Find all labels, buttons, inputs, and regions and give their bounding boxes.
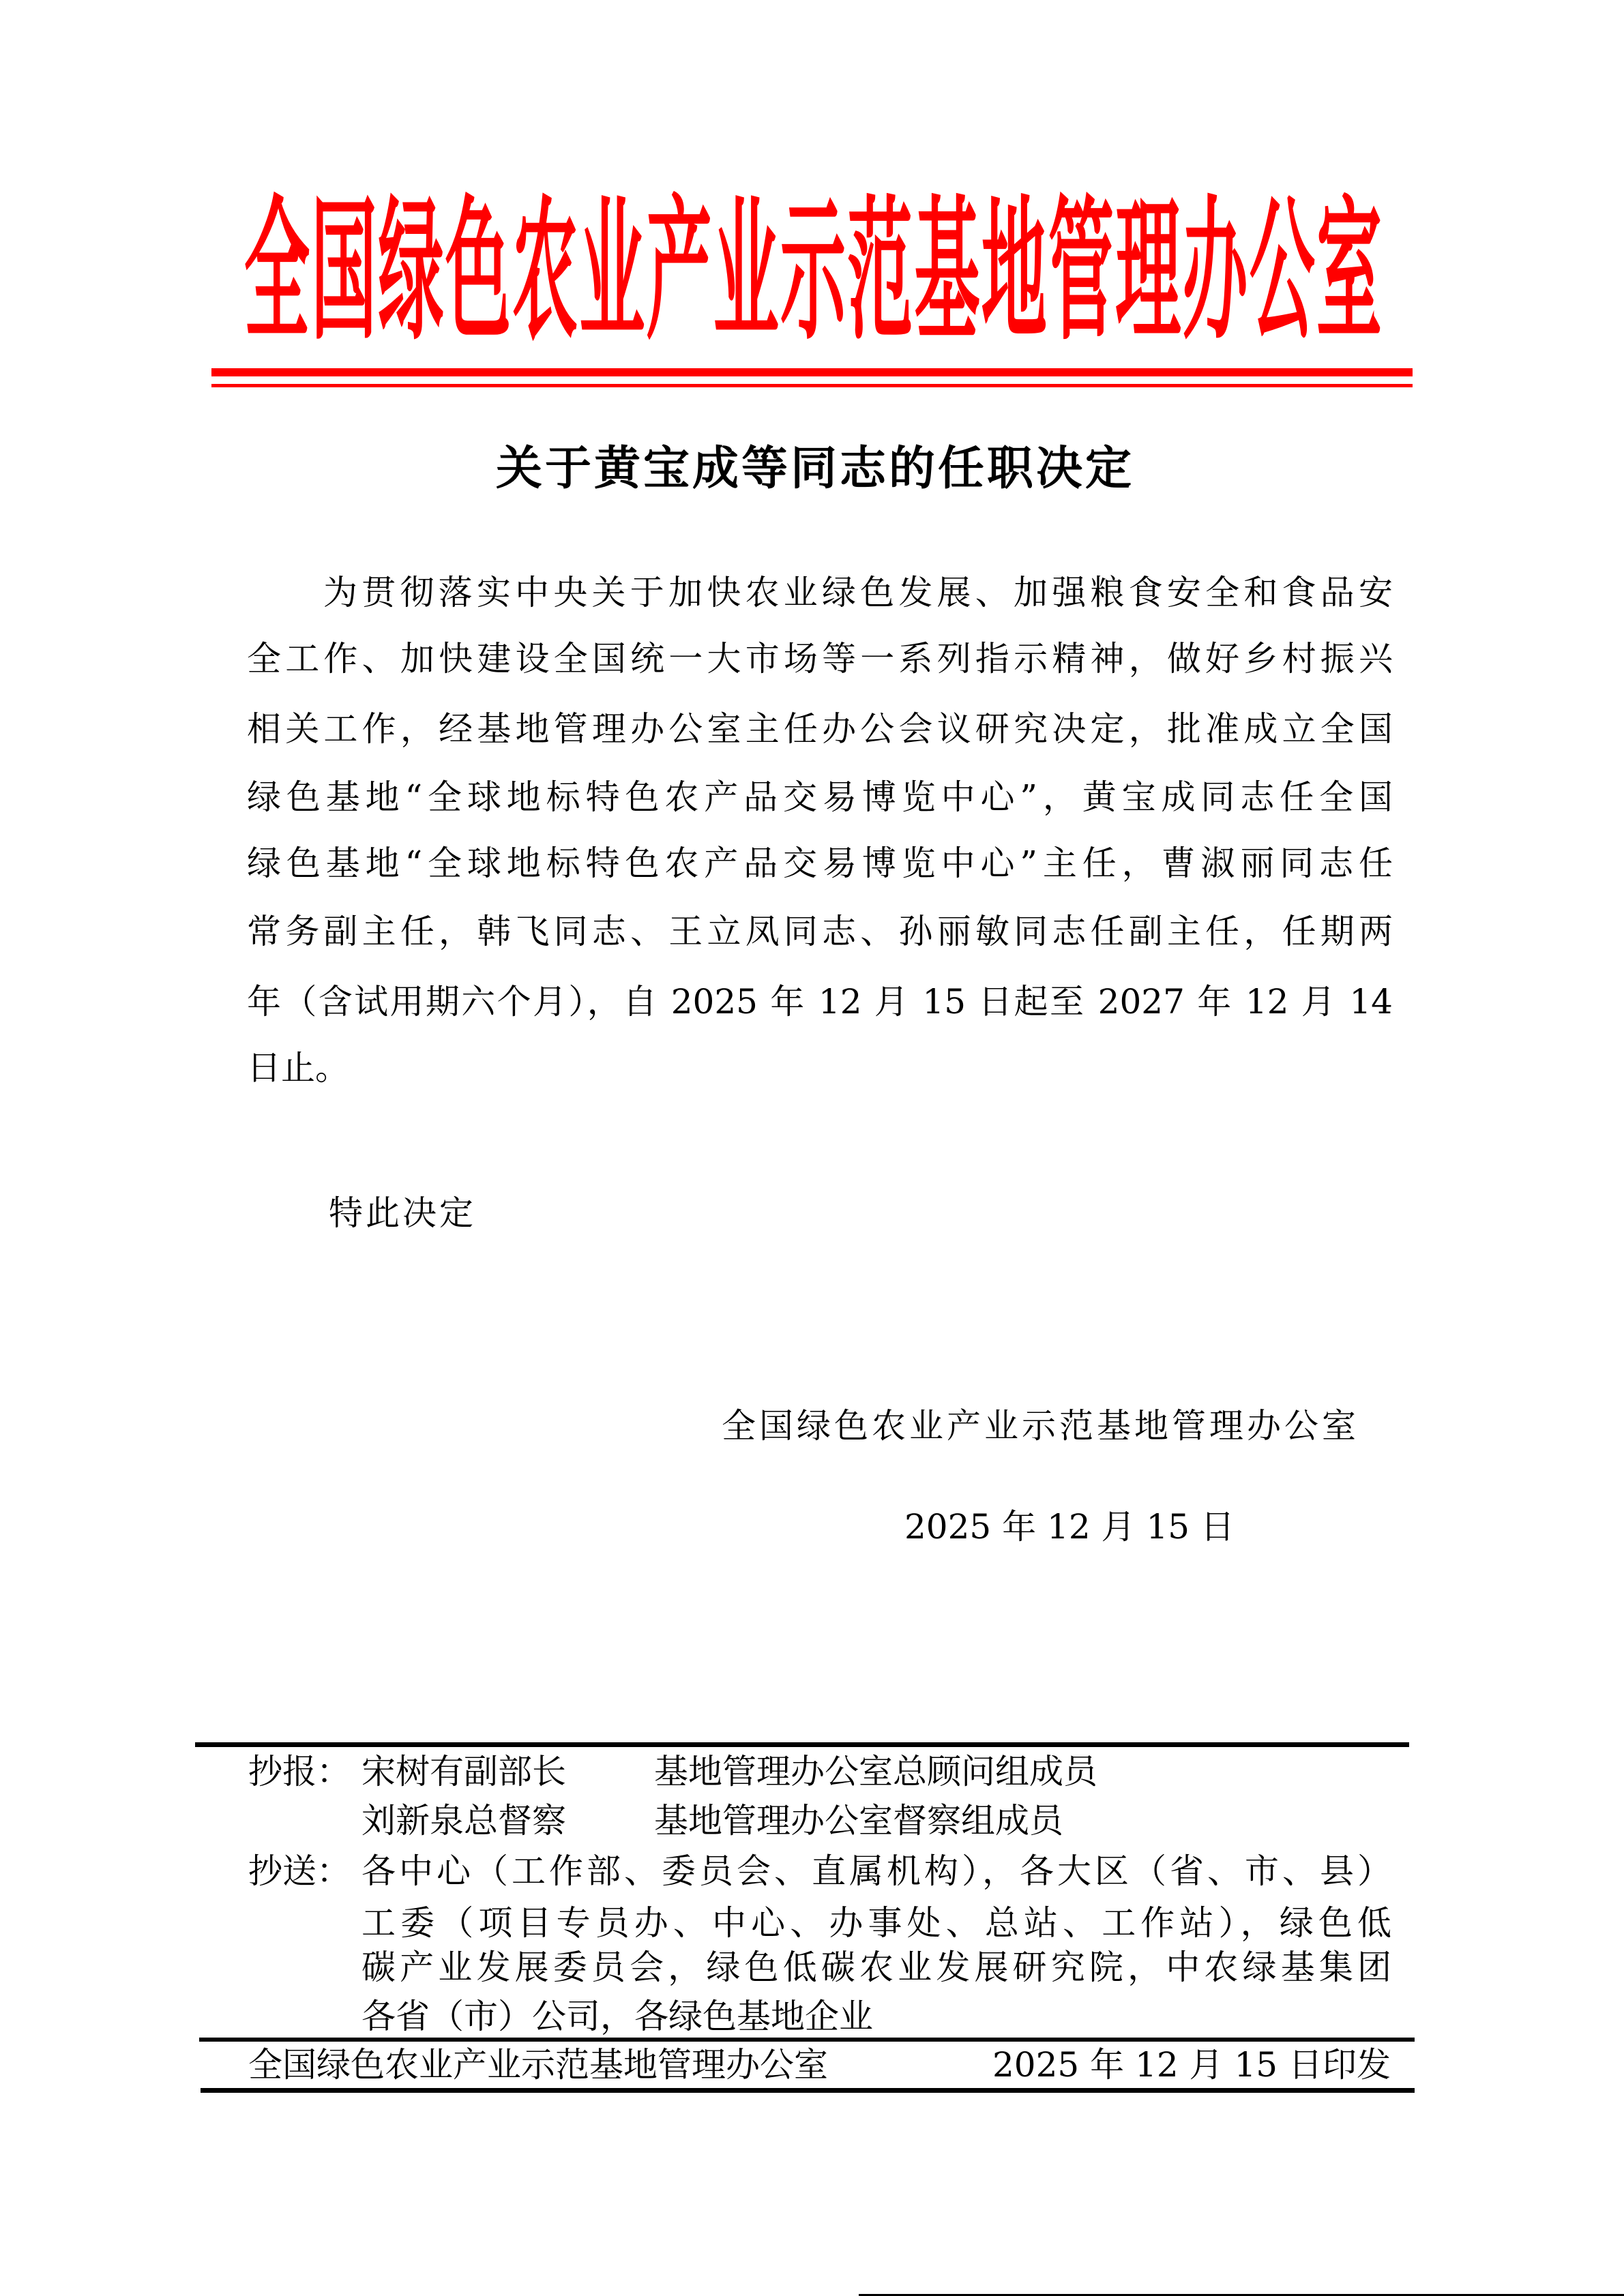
cc-send-line: 各省（市）公司，各绿色基地企业 [361, 1993, 873, 2040]
cc-report-label: 抄报： [248, 1748, 351, 1795]
letterhead-char: 国 [311, 194, 377, 348]
signature-org: 全国绿色农业产业示范基地管理办公室 [722, 1405, 1359, 1446]
letterhead-char: 全 [244, 194, 310, 348]
letterhead-char: 范 [847, 194, 913, 348]
body-line: 常务副主任，韩飞同志、王立凤同志、孙丽敏同志任副主任，任期两 [247, 897, 1393, 966]
letterhead-char: 公 [1250, 194, 1315, 348]
letterhead-thin-red-rule [211, 384, 1413, 387]
body-line: 相关工作，经基地管理办公室主任办公会议研究决定，批准成立全国 [247, 695, 1393, 763]
document-page: 全 国 绿 色 农 业 产 业 示 范 基 地 管 理 办 公 室 关于黄宝成等… [0, 0, 1624, 2296]
letterhead-char: 管 [1048, 194, 1114, 348]
letterhead-char: 理 [1115, 194, 1181, 348]
letterhead-char: 室 [1316, 194, 1382, 348]
letterhead-char: 办 [1183, 194, 1248, 348]
cc-report-role: 基地管理办公室总顾问组成员 [654, 1748, 1097, 1795]
body-line: 日止。 [247, 1034, 1393, 1102]
distribution-bottom-rule [201, 2088, 1415, 2093]
letterhead-char: 产 [647, 194, 712, 348]
letterhead-thick-red-rule [211, 368, 1413, 376]
document-title: 关于黄宝成等同志的任职决定 [491, 440, 1139, 497]
letterhead-char: 地 [981, 194, 1047, 348]
cc-send-label: 抄送： [248, 1847, 351, 1895]
letterhead-char: 绿 [379, 194, 444, 348]
cc-send-line: 工委（项目专员办、中心、办事处、总站、工作站），绿色低 [361, 1899, 1391, 1947]
cc-report-person: 刘新泉总督察 [361, 1797, 566, 1845]
cc-send-line: 各中心（工作部、委员会、直属机构），各大区（省、市、县） [361, 1847, 1391, 1895]
letterhead-char: 示 [780, 194, 846, 348]
body-line: 绿色基地“全球地标特色农产品交易博览中心”主任，曹淑丽同志任 [247, 829, 1393, 897]
letterhead-char: 色 [445, 194, 511, 348]
body-line: 全工作、加快建设全国统一大市场等一系列指示精神，做好乡村振兴 [247, 625, 1393, 693]
cc-report-person: 宋树有副部长 [361, 1748, 566, 1795]
letterhead-org-name: 全 国 绿 色 农 业 产 业 示 范 基 地 管 理 办 公 室 [244, 191, 1382, 351]
body-line: 年（含试用期六个月），自 2025 年 12 月 15 日起至 2027 年 1… [247, 968, 1393, 1036]
letterhead-char: 基 [915, 194, 980, 348]
cc-report-role: 基地管理办公室督察组成员 [654, 1797, 1063, 1845]
body-line: 为贯彻落实中央关于加快农业绿色发展、加强粮食安全和食品安 [323, 558, 1393, 627]
distribution-top-rule [195, 1742, 1409, 1747]
closing-statement: 特此决定 [329, 1193, 476, 1234]
issue-date: 2025 年 12 月 15 日印发 [992, 2041, 1391, 2089]
cc-send-line: 碳产业发展委员会，绿色低碳农业发展研究院，中农绿基集团 [361, 1943, 1391, 1991]
signature-date: 2025 年 12 月 15 日 [904, 1506, 1235, 1547]
letterhead-char: 业 [579, 194, 645, 348]
issuer-org: 全国绿色农业产业示范基地管理办公室 [248, 2041, 828, 2089]
body-line: 绿色基地“全球地标特色农产品交易博览中心”，黄宝成同志任全国 [247, 763, 1393, 831]
letterhead-char: 农 [512, 194, 578, 348]
letterhead-char: 业 [713, 194, 779, 348]
